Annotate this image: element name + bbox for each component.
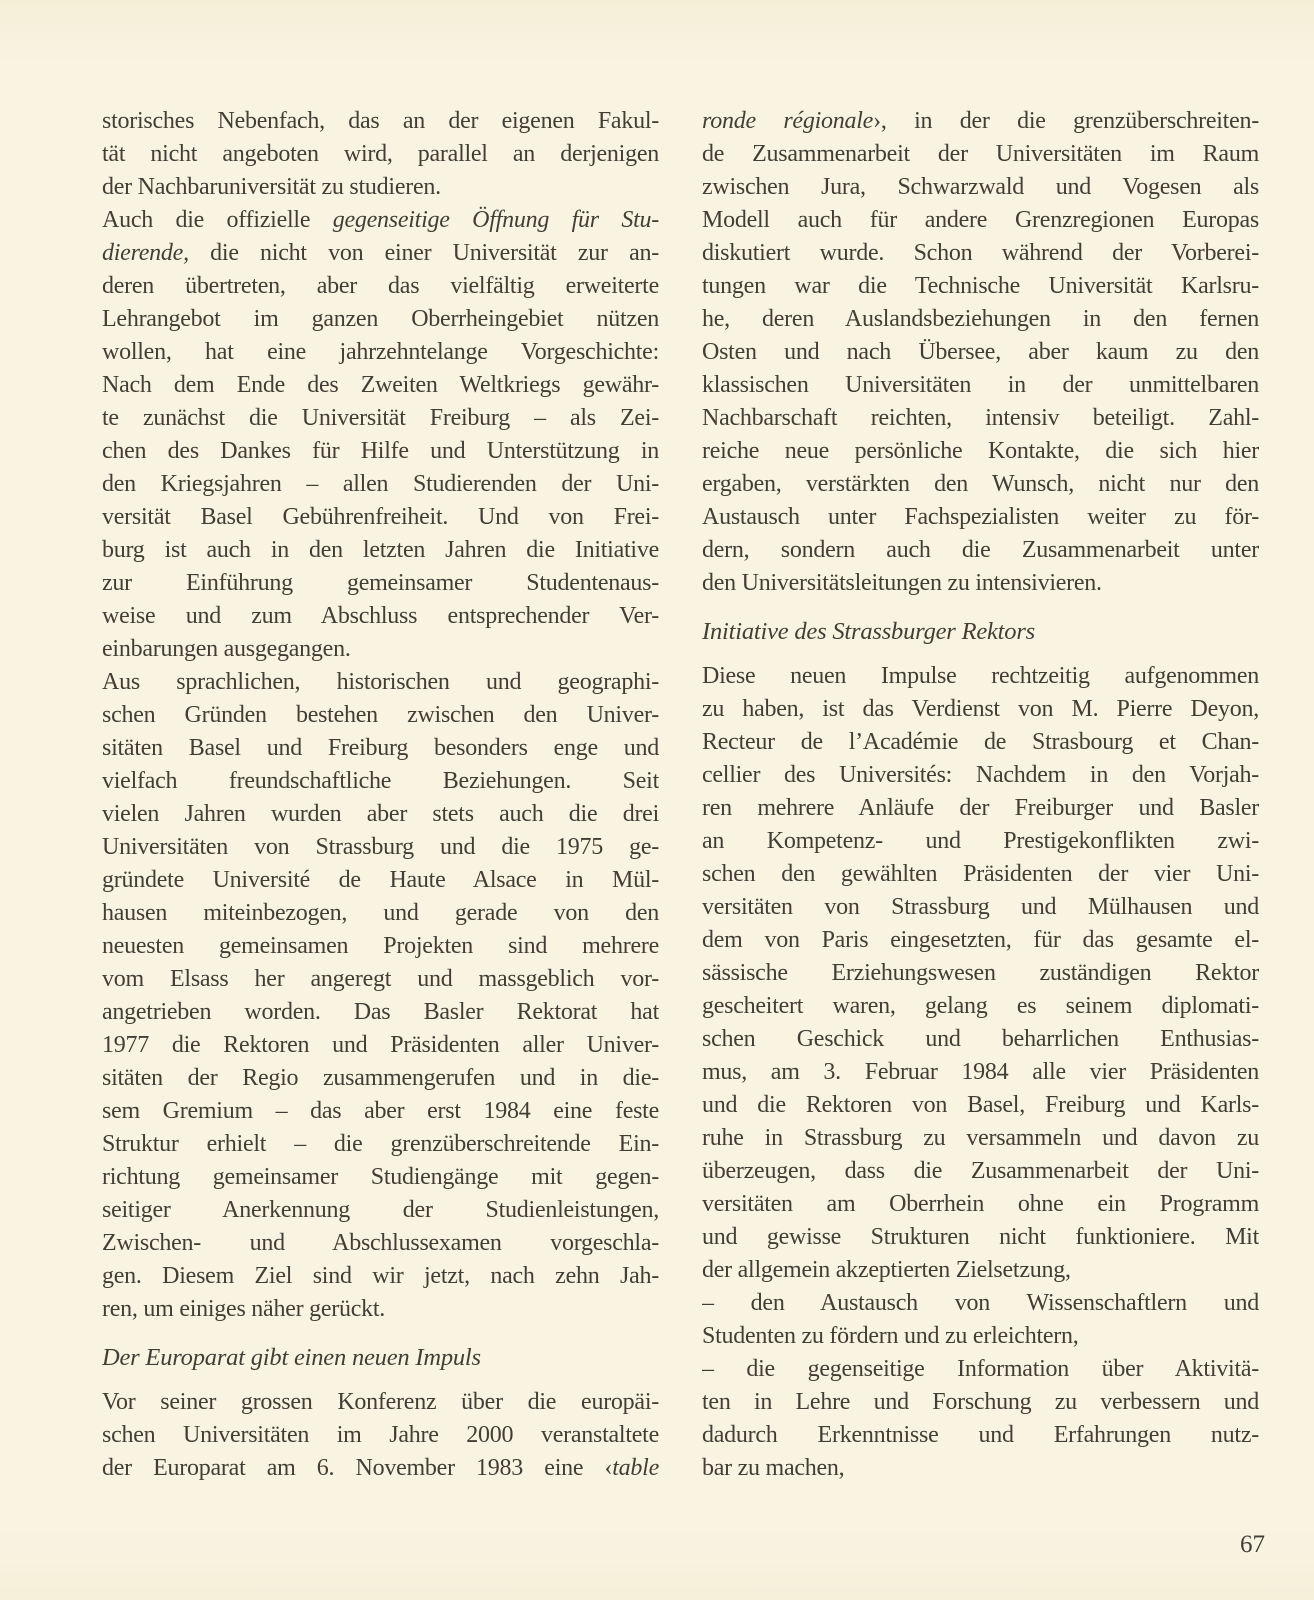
text-line: wollen, hat eine jahrzehntelange Vorgesc… xyxy=(102,336,659,369)
text-segment: die nicht von einer Universität zur an- xyxy=(189,240,659,266)
text-segment: zwischen Jura, Schwarzwald und Vogesen a… xyxy=(702,174,1259,200)
text-line: chen des Dankes für Hilfe und Unterstütz… xyxy=(102,435,659,468)
text-segment: Nachbarschaft reichten, intensiv beteili… xyxy=(702,405,1259,431)
text-line: ten in Lehre und Forschung zu verbessern… xyxy=(702,1386,1259,1419)
text-segment: sitäten Basel und Freiburg besonders eng… xyxy=(102,735,659,761)
text-line: bar zu machen, xyxy=(702,1452,1259,1485)
text-line: burg ist auch in den letzten Jahren die … xyxy=(102,534,659,567)
text-line: der Europarat am 6. November 1983 eine ‹… xyxy=(102,1452,659,1485)
text-segment: versität Basel Gebührenfreiheit. Und von… xyxy=(102,504,659,530)
text-line: Lehrangebot im ganzen Oberrheingebiet nü… xyxy=(102,303,659,336)
text-line: den Kriegsjahren – allen Studierenden de… xyxy=(102,468,659,501)
text-segment: hausen miteinbezogen, und gerade von den xyxy=(102,900,659,926)
text-segment: ›, in der die grenzüberschreiten- xyxy=(873,108,1259,134)
text-line: richtung gemeinsamer Studiengänge mit ge… xyxy=(102,1161,659,1194)
text-segment: klassischen Universitäten in der unmitte… xyxy=(702,372,1259,398)
text-line: ronde régionale›, in der die grenzübersc… xyxy=(702,105,1259,138)
italic-text-segment: dierende, xyxy=(102,240,189,266)
text-segment: storisches Nebenfach, das an der eigenen… xyxy=(102,108,659,134)
text-line: dern, sondern auch die Zusammenarbeit un… xyxy=(702,534,1259,567)
text-segment: te zunächst die Universität Freiburg – a… xyxy=(102,405,659,431)
text-segment: Osten und nach Übersee, aber kaum zu den xyxy=(702,339,1259,365)
text-segment: neuesten gemeinsamen Projekten sind mehr… xyxy=(102,933,659,959)
text-line: sässische Erziehungswesen zuständigen Re… xyxy=(702,957,1259,990)
text-line: und gewisse Strukturen nicht funktionier… xyxy=(702,1221,1259,1254)
text-line: ren, um einiges näher gerückt. xyxy=(102,1293,659,1326)
text-line: versitäten am Oberrhein ohne ein Program… xyxy=(702,1188,1259,1221)
text-line: Universitäten von Strassburg und die 197… xyxy=(102,831,659,864)
text-line: überzeugen, dass die Zusammenarbeit der … xyxy=(702,1155,1259,1188)
text-line: Diese neuen Impulse rechtzeitig aufgenom… xyxy=(702,660,1259,693)
text-segment: zu haben, ist das Verdienst von M. Pierr… xyxy=(702,696,1259,722)
text-line: vielfach freundschaftliche Beziehungen. … xyxy=(102,765,659,798)
text-segment: der Europarat am 6. November 1983 eine ‹ xyxy=(102,1455,612,1481)
text-segment: Austausch unter Fachspezialisten weiter … xyxy=(702,504,1259,530)
text-line: zur Einführung gemeinsamer Studentenaus- xyxy=(102,567,659,600)
text-line: cellier des Universités: Nachdem in den … xyxy=(702,759,1259,792)
text-line: Studenten zu fördern und zu erleichtern, xyxy=(702,1320,1259,1353)
text-segment: chen des Dankes für Hilfe und Unterstütz… xyxy=(102,438,659,464)
text-segment: versitäten von Strassburg und Mülhausen … xyxy=(702,894,1259,920)
section-heading: Initiative des Strassburger Rektors xyxy=(702,615,1259,648)
text-line: Vor seiner grossen Konferenz über die eu… xyxy=(102,1386,659,1419)
text-line: und die Rektoren von Basel, Freiburg und… xyxy=(702,1089,1259,1122)
text-segment: ten in Lehre und Forschung zu verbessern… xyxy=(702,1389,1259,1415)
text-segment: schen Gründen bestehen zwischen den Univ… xyxy=(102,702,659,728)
text-line: dem von Paris eingesetzten, für das gesa… xyxy=(702,924,1259,957)
text-segment: vielfach freundschaftliche Beziehungen. … xyxy=(102,768,659,794)
text-segment: ren mehrere Anläufe der Freiburger und B… xyxy=(702,795,1259,821)
text-segment: Lehrangebot im ganzen Oberrheingebiet nü… xyxy=(102,306,659,332)
text-segment: überzeugen, dass die Zusammenarbeit der … xyxy=(702,1158,1259,1184)
text-segment: versitäten am Oberrhein ohne ein Program… xyxy=(702,1191,1259,1217)
text-segment: reiche neue persönliche Kontakte, die si… xyxy=(702,438,1259,464)
text-line: der Nachbaruniversität zu studieren. xyxy=(102,171,659,204)
text-line: Nachbarschaft reichten, intensiv beteili… xyxy=(702,402,1259,435)
text-segment: und gewisse Strukturen nicht funktionier… xyxy=(702,1224,1259,1250)
text-segment: dem von Paris eingesetzten, für das gesa… xyxy=(702,927,1259,953)
text-line: sitäten Basel und Freiburg besonders eng… xyxy=(102,732,659,765)
text-line: versitäten von Strassburg und Mülhausen … xyxy=(702,891,1259,924)
text-line: deren übertreten, aber das vielfältig er… xyxy=(102,270,659,303)
text-line: – die gegenseitige Information über Akti… xyxy=(702,1353,1259,1386)
text-segment: deren übertreten, aber das vielfältig er… xyxy=(102,273,659,299)
text-segment: Studenten zu fördern und zu erleichtern, xyxy=(702,1323,1079,1349)
text-line: tungen war die Technische Universität Ka… xyxy=(702,270,1259,303)
text-line: Zwischen- und Abschlussexamen vorgeschla… xyxy=(102,1227,659,1260)
text-line: te zunächst die Universität Freiburg – a… xyxy=(102,402,659,435)
text-segment: sem Gremium – das aber erst 1984 eine fe… xyxy=(102,1098,659,1124)
text-segment: de Zusammenarbeit der Universitäten im R… xyxy=(702,141,1259,167)
text-segment: richtung gemeinsamer Studiengänge mit ge… xyxy=(102,1164,659,1190)
text-segment: den Universitätsleitungen zu intensivier… xyxy=(702,570,1102,596)
text-line: zu haben, ist das Verdienst von M. Pierr… xyxy=(702,693,1259,726)
text-line: seitiger Anerkennung der Studienleistung… xyxy=(102,1194,659,1227)
text-segment: schen Geschick und beharrlichen Enthusia… xyxy=(702,1026,1259,1052)
text-line: ren mehrere Anläufe der Freiburger und B… xyxy=(702,792,1259,825)
text-segment: und die Rektoren von Basel, Freiburg und… xyxy=(702,1092,1259,1118)
text-segment: vom Elsass her angeregt und massgeblich … xyxy=(102,966,659,992)
text-segment: cellier des Universités: Nachdem in den … xyxy=(702,762,1259,788)
text-line: storisches Nebenfach, das an der eigenen… xyxy=(102,105,659,138)
text-segment: gründete Université de Haute Alsace in M… xyxy=(102,867,659,893)
text-line: gen. Diesem Ziel sind wir jetzt, nach ze… xyxy=(102,1260,659,1293)
text-segment: tät nicht angeboten wird, parallel an de… xyxy=(102,141,659,167)
text-segment: burg ist auch in den letzten Jahren die … xyxy=(102,537,659,563)
text-line: sem Gremium – das aber erst 1984 eine fe… xyxy=(102,1095,659,1128)
text-segment: Modell auch für andere Grenzregionen Eur… xyxy=(702,207,1259,233)
text-segment: den Kriegsjahren – allen Studierenden de… xyxy=(102,471,659,497)
text-segment: schen Universitäten im Jahre 2000 verans… xyxy=(102,1422,659,1448)
text-line: angetrieben worden. Das Basler Rektorat … xyxy=(102,996,659,1029)
text-line: der allgemein akzeptierten Zielsetzung, xyxy=(702,1254,1259,1287)
text-segment: seitiger Anerkennung der Studienleistung… xyxy=(102,1197,659,1223)
text-segment: Aus sprachlichen, historischen und geogr… xyxy=(102,669,659,695)
text-line: zwischen Jura, Schwarzwald und Vogesen a… xyxy=(702,171,1259,204)
text-segment: 1977 die Rektoren und Präsidenten aller … xyxy=(102,1032,659,1058)
text-segment: Nach dem Ende des Zweiten Weltkriegs gew… xyxy=(102,372,659,398)
text-line: Austausch unter Fachspezialisten weiter … xyxy=(702,501,1259,534)
text-segment: tungen war die Technische Universität Ka… xyxy=(702,273,1259,299)
text-segment: Vor seiner grossen Konferenz über die eu… xyxy=(102,1389,659,1415)
text-segment: dadurch Erkenntnisse und Erfahrungen nut… xyxy=(702,1422,1259,1448)
text-line: klassischen Universitäten in der unmitte… xyxy=(702,369,1259,402)
text-line: vom Elsass her angeregt und massgeblich … xyxy=(102,963,659,996)
text-line: diskutiert wurde. Schon während der Vorb… xyxy=(702,237,1259,270)
text-line: de Zusammenarbeit der Universitäten im R… xyxy=(702,138,1259,171)
text-line: ruhe in Strassburg zu versammeln und dav… xyxy=(702,1122,1259,1155)
book-page: storisches Nebenfach, das an der eigenen… xyxy=(0,0,1314,1600)
text-segment: angetrieben worden. Das Basler Rektorat … xyxy=(102,999,659,1025)
text-line: dierende, die nicht von einer Universitä… xyxy=(102,237,659,270)
text-segment: zur Einführung gemeinsamer Studentenaus- xyxy=(102,570,659,596)
text-line: schen den gewählten Präsidenten der vier… xyxy=(702,858,1259,891)
text-line: den Universitätsleitungen zu intensivier… xyxy=(702,567,1259,600)
text-line: dadurch Erkenntnisse und Erfahrungen nut… xyxy=(702,1419,1259,1452)
italic-text-segment: table xyxy=(612,1455,659,1481)
text-segment: der Nachbaruniversität zu studieren. xyxy=(102,174,441,200)
text-segment: Recteur de l’Académie de Strasbourg et C… xyxy=(702,729,1259,755)
text-line: sitäten der Regio zusammengerufen und in… xyxy=(102,1062,659,1095)
text-segment: Diese neuen Impulse rechtzeitig aufgenom… xyxy=(702,663,1259,689)
text-line: he, deren Auslandsbeziehungen in den fer… xyxy=(702,303,1259,336)
text-line: schen Gründen bestehen zwischen den Univ… xyxy=(102,699,659,732)
page-number: 67 xyxy=(1240,1528,1265,1561)
text-line: vielen Jahren wurden aber stets auch die… xyxy=(102,798,659,831)
text-line: Aus sprachlichen, historischen und geogr… xyxy=(102,666,659,699)
text-line: 1977 die Rektoren und Präsidenten aller … xyxy=(102,1029,659,1062)
text-segment: Zwischen- und Abschlussexamen vorgeschla… xyxy=(102,1230,659,1256)
text-line: hausen miteinbezogen, und gerade von den xyxy=(102,897,659,930)
italic-text-segment: gegenseitige Öffnung für Stu- xyxy=(333,207,659,233)
text-line: reiche neue persönliche Kontakte, die si… xyxy=(702,435,1259,468)
text-line: – den Austausch von Wissenschaftlern und xyxy=(702,1287,1259,1320)
text-line: an Kompetenz- und Prestigekonflikten zwi… xyxy=(702,825,1259,858)
text-line: schen Geschick und beharrlichen Enthusia… xyxy=(702,1023,1259,1056)
text-segment: – den Austausch von Wissenschaftlern und xyxy=(702,1290,1259,1316)
text-line: neuesten gemeinsamen Projekten sind mehr… xyxy=(102,930,659,963)
text-line: tät nicht angeboten wird, parallel an de… xyxy=(102,138,659,171)
text-segment: ruhe in Strassburg zu versammeln und dav… xyxy=(702,1125,1259,1151)
text-segment: ren, um einiges näher gerückt. xyxy=(102,1296,385,1322)
text-segment: einbarungen ausgegangen. xyxy=(102,636,351,662)
italic-text-segment: ronde régionale xyxy=(702,108,873,134)
text-segment: wollen, hat eine jahrzehntelange Vorgesc… xyxy=(102,339,659,365)
column-left: storisches Nebenfach, das an der eigenen… xyxy=(102,105,659,1485)
text-segment: weise und zum Abschluss entsprechender V… xyxy=(102,603,659,629)
text-segment: schen den gewählten Präsidenten der vier… xyxy=(702,861,1259,887)
text-line: Osten und nach Übersee, aber kaum zu den xyxy=(702,336,1259,369)
text-line: Nach dem Ende des Zweiten Weltkriegs gew… xyxy=(102,369,659,402)
text-segment: mus, am 3. Februar 1984 alle vier Präsid… xyxy=(702,1059,1259,1085)
text-segment: vielen Jahren wurden aber stets auch die… xyxy=(102,801,659,827)
text-segment: an Kompetenz- und Prestigekonflikten zwi… xyxy=(702,828,1259,854)
text-line: Modell auch für andere Grenzregionen Eur… xyxy=(702,204,1259,237)
text-segment: diskutiert wurde. Schon während der Vorb… xyxy=(702,240,1259,266)
column-right: ronde régionale›, in der die grenzübersc… xyxy=(702,105,1259,1485)
text-segment: Struktur erhielt – die grenzüberschreite… xyxy=(102,1131,659,1157)
text-segment: bar zu machen, xyxy=(702,1455,844,1481)
text-segment: he, deren Auslandsbeziehungen in den fer… xyxy=(702,306,1259,332)
section-heading: Der Europarat gibt einen neuen Impuls xyxy=(102,1341,659,1374)
text-line: schen Universitäten im Jahre 2000 verans… xyxy=(102,1419,659,1452)
text-segment: sitäten der Regio zusammengerufen und in… xyxy=(102,1065,659,1091)
text-segment: sässische Erziehungswesen zuständigen Re… xyxy=(702,960,1259,986)
text-segment: gen. Diesem Ziel sind wir jetzt, nach ze… xyxy=(102,1263,659,1289)
text-line: versität Basel Gebührenfreiheit. Und von… xyxy=(102,501,659,534)
text-segment: der allgemein akzeptierten Zielsetzung, xyxy=(702,1257,1071,1283)
text-segment: ergaben, verstärkten den Wunsch, nicht n… xyxy=(702,471,1259,497)
text-line: einbarungen ausgegangen. xyxy=(102,633,659,666)
text-line: Auch die offizielle gegenseitige Öffnung… xyxy=(102,204,659,237)
text-segment: gescheitert waren, gelang es seinem dipl… xyxy=(702,993,1259,1019)
text-segment: dern, sondern auch die Zusammenarbeit un… xyxy=(702,537,1259,563)
text-line: mus, am 3. Februar 1984 alle vier Präsid… xyxy=(702,1056,1259,1089)
text-segment: Auch die offizielle xyxy=(102,207,333,233)
text-line: Struktur erhielt – die grenzüberschreite… xyxy=(102,1128,659,1161)
text-line: weise und zum Abschluss entsprechender V… xyxy=(102,600,659,633)
text-line: gründete Université de Haute Alsace in M… xyxy=(102,864,659,897)
text-line: gescheitert waren, gelang es seinem dipl… xyxy=(702,990,1259,1023)
text-line: Recteur de l’Académie de Strasbourg et C… xyxy=(702,726,1259,759)
text-segment: Universitäten von Strassburg und die 197… xyxy=(102,834,659,860)
text-line: ergaben, verstärkten den Wunsch, nicht n… xyxy=(702,468,1259,501)
text-segment: – die gegenseitige Information über Akti… xyxy=(702,1356,1259,1382)
